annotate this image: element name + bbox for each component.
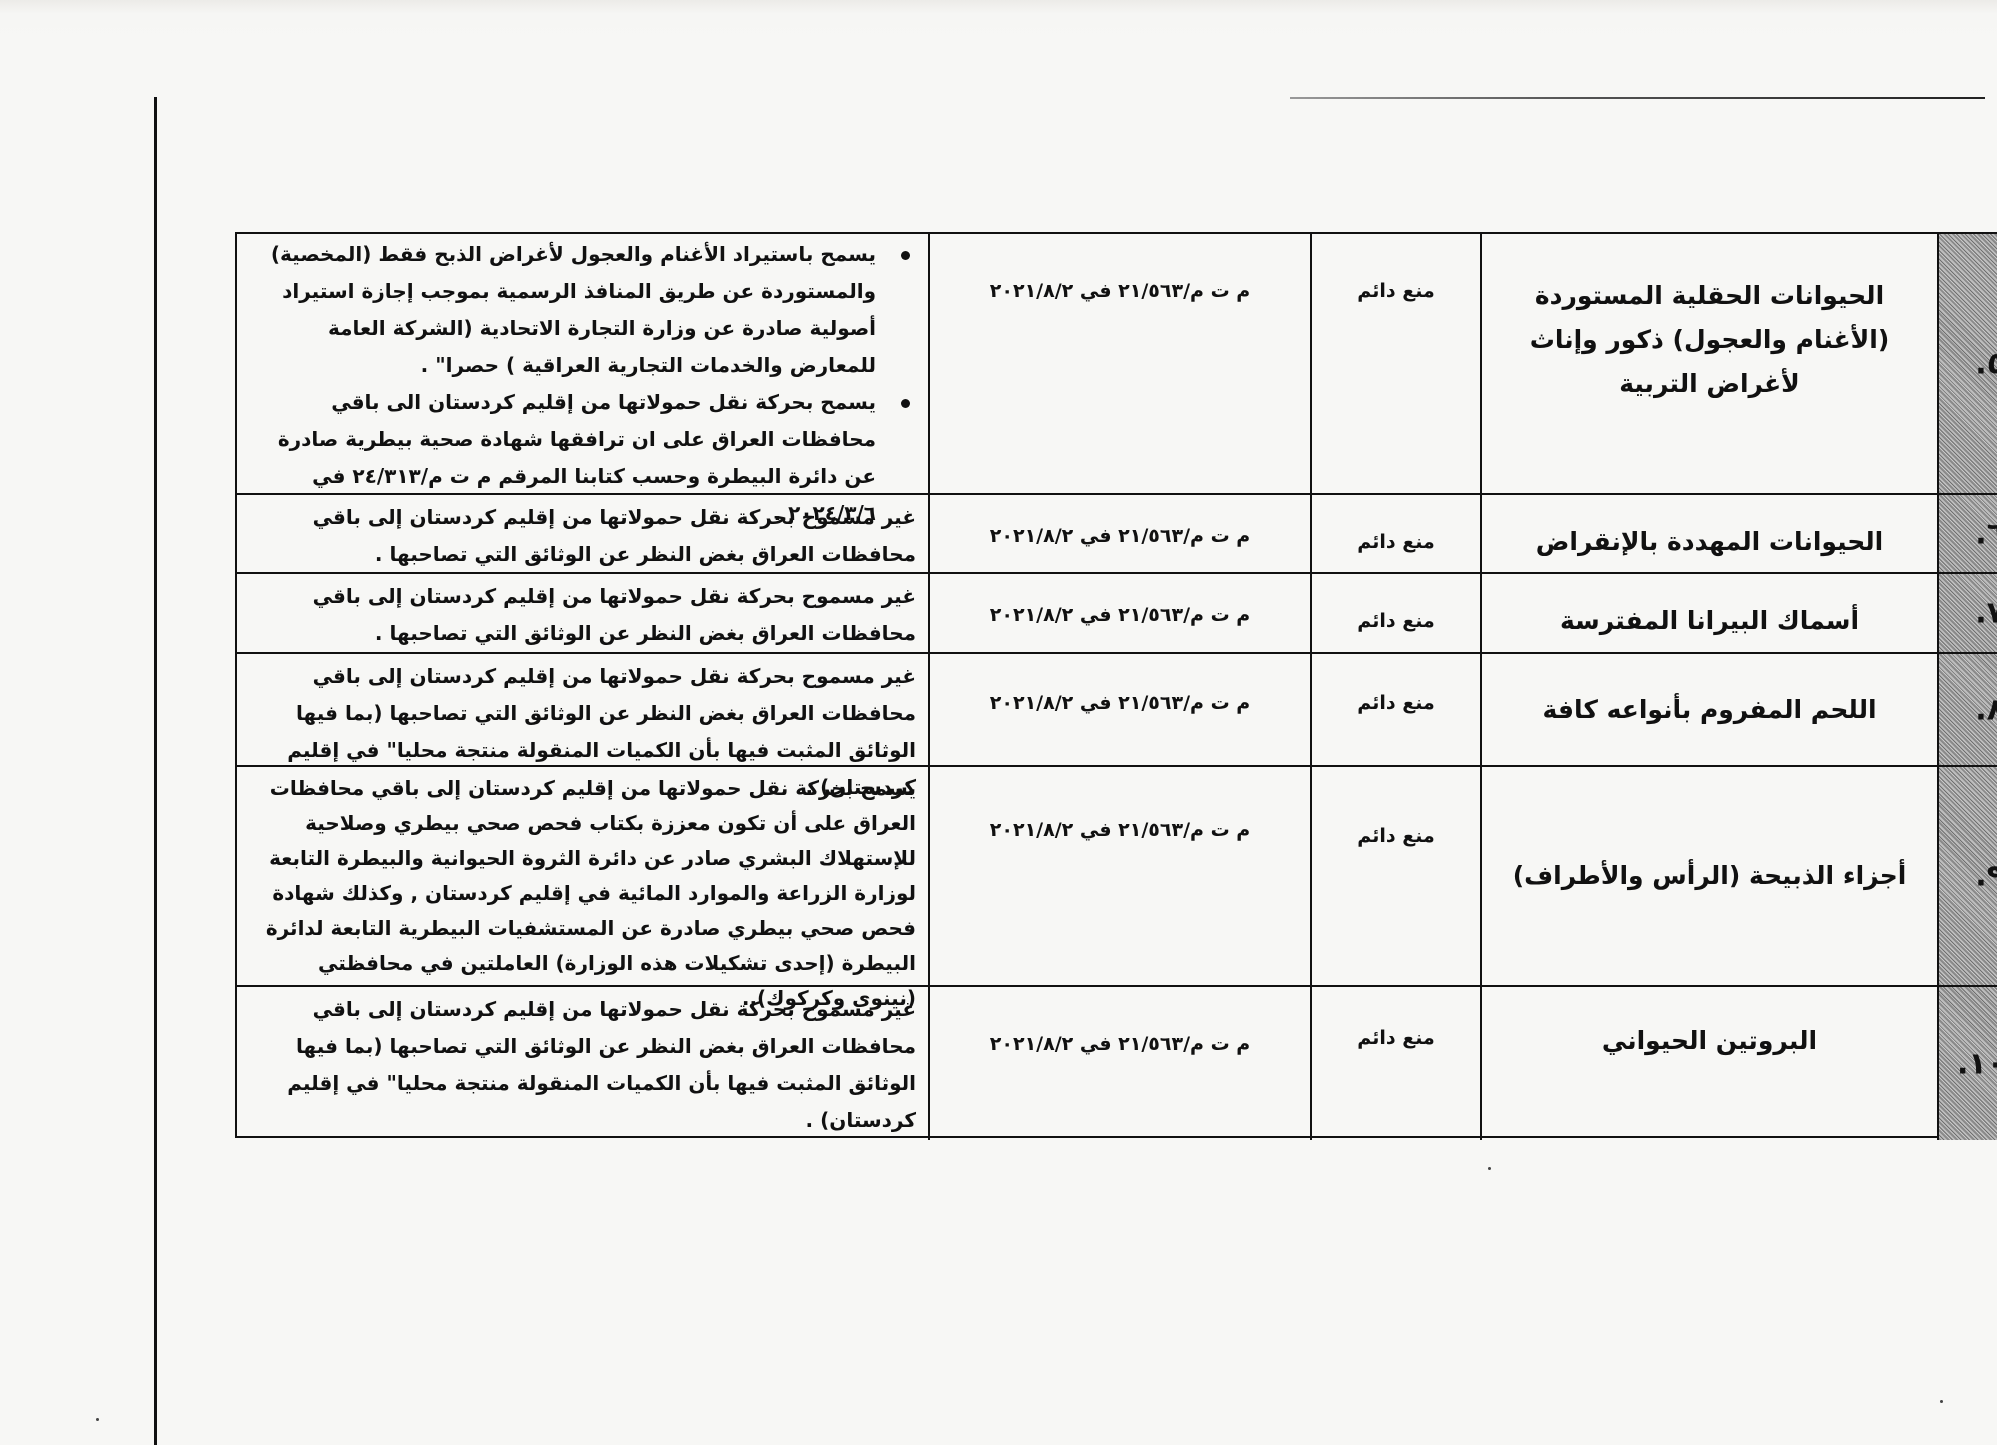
row-number-cell: ٥. <box>1937 234 1997 493</box>
table-row: ٧. أسماك البيرانا المفترسة منع دائم م ت … <box>237 574 1997 654</box>
row-number-cell: ٩. <box>1937 767 1997 985</box>
table-row: ٥. الحيوانات الحقلية المستوردة (الأغنام … <box>237 234 1997 495</box>
item-name-cell: اللحم المفروم بأنواعه كافة <box>1480 654 1937 765</box>
reference-cell: م ت م/٢١/٥٦٣ في ٢٠٢١/٨/٢ <box>928 495 1310 572</box>
scan-speck <box>96 1418 99 1421</box>
note-text: غير مسموح بحركة نقل حمولاتها من إقليم كر… <box>257 578 916 652</box>
status-cell: منع دائم <box>1310 987 1480 1140</box>
note-text: غير مسموح بحركة نقل حمولاتها من إقليم كر… <box>257 499 916 573</box>
item-name-cell: أسماك البيرانا المفترسة <box>1480 574 1937 652</box>
notes-cell: يسمح باستيراد الأغنام والعجول لأغراض الذ… <box>237 234 928 493</box>
reference-text: م ت م/٢١/٥٦٣ في ٢٠٢١/٨/٢ <box>990 692 1250 765</box>
row-number-cell: ٨. <box>1937 654 1997 765</box>
status-text: منع دائم <box>1357 1027 1434 1140</box>
status-text: منع دائم <box>1357 280 1434 493</box>
item-name: الحيوانات المهددة بالإنقراض <box>1536 520 1884 564</box>
reference-text: م ت م/٢١/٥٦٣ في ٢٠٢١/٨/٢ <box>990 1033 1250 1140</box>
row-number: ٦. <box>1975 516 1997 551</box>
row-number: ٩. <box>1975 859 1997 894</box>
status-cell: منع دائم <box>1310 495 1480 572</box>
item-name: اللحم المفروم بأنواعه كافة <box>1542 688 1876 732</box>
table-row: ٨. اللحم المفروم بأنواعه كافة منع دائم م… <box>237 654 1997 767</box>
reference-text: م ت م/٢١/٥٦٣ في ٢٠٢١/٨/٢ <box>990 525 1250 572</box>
reference-text: م ت م/٢١/٥٦٣ في ٢٠٢١/٨/٢ <box>990 280 1250 493</box>
item-name-cell: أجزاء الذبيحة (الرأس والأطراف) <box>1480 767 1937 985</box>
row-number-cell: ٦. <box>1937 495 1997 572</box>
status-text: منع دائم <box>1357 825 1434 985</box>
status-cell: منع دائم <box>1310 574 1480 652</box>
row-number: ٥. <box>1975 346 1997 381</box>
scan-speck <box>1488 1167 1491 1170</box>
restrictions-table: ٥. الحيوانات الحقلية المستوردة (الأغنام … <box>235 232 1997 1138</box>
notes-cell: غير مسموح بحركة نقل حمولاتها من إقليم كر… <box>237 987 928 1140</box>
table-row: ٩. أجزاء الذبيحة (الرأس والأطراف) منع دا… <box>237 767 1997 987</box>
row-number: ٧. <box>1975 596 1997 631</box>
table-row: ١٠. البروتين الحيواني منع دائم م ت م/٢١/… <box>237 987 1997 1140</box>
row-number-cell: ٧. <box>1937 574 1997 652</box>
status-text: منع دائم <box>1357 610 1434 652</box>
reference-text: م ت م/٢١/٥٦٣ في ٢٠٢١/٨/٢ <box>990 819 1250 985</box>
note-text: يسمح بحركة نقل حمولاتها من إقليم كردستان… <box>257 771 916 1016</box>
header-rule <box>1290 97 1985 99</box>
notes-cell: غير مسموح بحركة نقل حمولاتها من إقليم كر… <box>237 574 928 652</box>
item-name: أجزاء الذبيحة (الرأس والأطراف) <box>1513 854 1907 898</box>
reference-cell: م ت م/٢١/٥٦٣ في ٢٠٢١/٨/٢ <box>928 654 1310 765</box>
status-cell: منع دائم <box>1310 234 1480 493</box>
status-text: منع دائم <box>1357 531 1434 572</box>
note-bullet: يسمح باستيراد الأغنام والعجول لأغراض الذ… <box>257 236 876 384</box>
item-name: الحيوانات الحقلية المستوردة (الأغنام وال… <box>1506 274 1913 406</box>
notes-list: يسمح باستيراد الأغنام والعجول لأغراض الذ… <box>257 236 916 532</box>
table-row: ٦. الحيوانات المهددة بالإنقراض منع دائم … <box>237 495 1997 574</box>
item-name-cell: الحيوانات المهددة بالإنقراض <box>1480 495 1937 572</box>
notes-cell: غير مسموح بحركة نقل حمولاتها من إقليم كر… <box>237 654 928 765</box>
item-name-cell: البروتين الحيواني <box>1480 987 1937 1140</box>
notes-cell: غير مسموح بحركة نقل حمولاتها من إقليم كر… <box>237 495 928 572</box>
note-text: غير مسموح بحركة نقل حمولاتها من إقليم كر… <box>257 991 916 1139</box>
status-cell: منع دائم <box>1310 767 1480 985</box>
item-name-cell: الحيوانات الحقلية المستوردة (الأغنام وال… <box>1480 234 1937 493</box>
status-cell: منع دائم <box>1310 654 1480 765</box>
reference-text: م ت م/٢١/٥٦٣ في ٢٠٢١/٨/٢ <box>990 604 1250 652</box>
item-name: البروتين الحيواني <box>1602 1019 1817 1063</box>
row-number: ١٠. <box>1957 1046 1997 1081</box>
scan-speck <box>1940 1400 1943 1403</box>
reference-cell: م ت م/٢١/٥٦٣ في ٢٠٢١/٨/٢ <box>928 987 1310 1140</box>
reference-cell: م ت م/٢١/٥٦٣ في ٢٠٢١/٨/٢ <box>928 574 1310 652</box>
row-number: ٨. <box>1975 692 1997 727</box>
row-number-cell: ١٠. <box>1937 987 1997 1140</box>
item-name: أسماك البيرانا المفترسة <box>1560 599 1859 643</box>
reference-cell: م ت م/٢١/٥٦٣ في ٢٠٢١/٨/٢ <box>928 767 1310 985</box>
status-text: منع دائم <box>1357 692 1434 765</box>
left-margin-rule <box>154 97 157 1445</box>
reference-cell: م ت م/٢١/٥٦٣ في ٢٠٢١/٨/٢ <box>928 234 1310 493</box>
notes-cell: يسمح بحركة نقل حمولاتها من إقليم كردستان… <box>237 767 928 985</box>
